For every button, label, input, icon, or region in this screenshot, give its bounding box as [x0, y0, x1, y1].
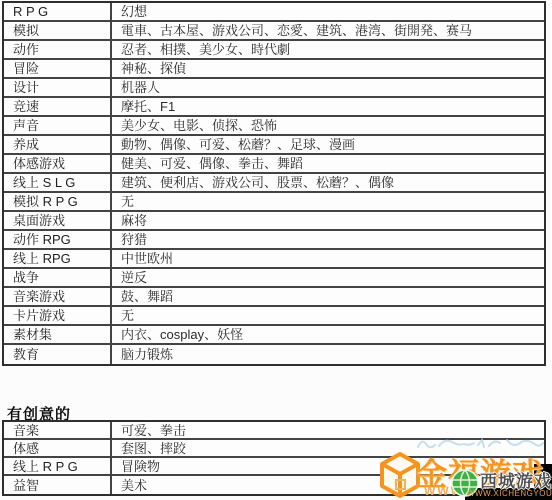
genres-cell: 脑力锻炼	[112, 345, 544, 364]
category-cell: 音楽游戏	[4, 288, 112, 305]
category-cell: 桌面游戏	[4, 212, 112, 229]
brand-secondary-url-text: WWW.XICHENGYOUXI.COM	[467, 489, 552, 498]
table-row: 动作 RPG 狩猎	[4, 231, 544, 250]
table-row: 模拟 電車、古本屋、游戏公司、恋愛、建筑、港湾、街開発、赛马	[4, 22, 544, 41]
category-cell: 动作	[4, 41, 112, 58]
category-cell: 线上 S L G	[4, 174, 112, 191]
genres-cell: 机器人	[112, 79, 544, 96]
table-row: 竞速 摩托、F1	[4, 98, 544, 117]
genres-cell: 无	[112, 307, 544, 324]
category-cell: 战争	[4, 269, 112, 286]
genres-cell: 逆反	[112, 269, 544, 286]
genres-cell: 狩猎	[112, 231, 544, 248]
genres-cell: 動物、偶像、可爱、松蘑？、足球、漫画	[112, 136, 544, 153]
genres-cell: 健美、可爱、偶像、拳击、舞蹈	[112, 155, 544, 172]
table-row: 素材集 内衣、cosplay、妖怪	[4, 326, 544, 345]
table-row: 线上 RPG 中世欧州	[4, 250, 544, 269]
table-row: 教育 脑力锻炼	[4, 345, 544, 364]
table-row: 桌面游戏 麻将	[4, 212, 544, 231]
category-cell: 模拟	[4, 22, 112, 39]
genres-cell: 无	[112, 193, 544, 210]
table-row: 战争 逆反	[4, 269, 544, 288]
table-row: 音楽游戏 鼓、舞蹈	[4, 288, 544, 307]
category-cell: 冒险	[4, 60, 112, 77]
category-cell: 教育	[4, 345, 112, 364]
category-cell: 设计	[4, 79, 112, 96]
category-cell: 体感	[4, 440, 112, 456]
genres-cell: 幻想	[112, 3, 544, 20]
category-cell: 素材集	[4, 326, 112, 343]
category-cell: 声音	[4, 117, 112, 134]
category-cell: 音楽	[4, 422, 112, 438]
genres-cell: 麻将	[112, 212, 544, 229]
table-row: 声音 美少女、电影、侦探、恐怖	[4, 117, 544, 136]
genres-cell: 神秘、探偵	[112, 60, 544, 77]
category-cell: 竞速	[4, 98, 112, 115]
category-cell: 体感游戏	[4, 155, 112, 172]
genres-cell: 中世欧州	[112, 250, 544, 267]
category-cell: 动作 RPG	[4, 231, 112, 248]
table-row: R P G 幻想	[4, 3, 544, 22]
genres-cell: 電車、古本屋、游戏公司、恋愛、建筑、港湾、街開発、赛马	[112, 22, 544, 39]
table-row: 养成 動物、偶像、可爱、松蘑？、足球、漫画	[4, 136, 544, 155]
category-cell: 模拟 R P G	[4, 193, 112, 210]
category-cell: 线上 R P G	[4, 458, 112, 474]
cube-logo-icon	[379, 451, 421, 500]
table-row: 设计 机器人	[4, 79, 544, 98]
category-cell: R P G	[4, 3, 112, 20]
category-cell: 养成	[4, 136, 112, 153]
genres-cell: 忍者、相撲、美少女、時代劇	[112, 41, 544, 58]
category-cell: 线上 RPG	[4, 250, 112, 267]
table-row: 动作 忍者、相撲、美少女、時代劇	[4, 41, 544, 60]
genres-cell: 内衣、cosplay、妖怪	[112, 326, 544, 343]
genres-cell: 摩托、F1	[112, 98, 544, 115]
genre-table: R P G 幻想 模拟 電車、古本屋、游戏公司、恋愛、建筑、港湾、街開発、赛马 …	[2, 1, 546, 366]
table-row: 模拟 R P G 无	[4, 193, 544, 212]
genres-cell: 建筑、便利店、游戏公司、股票、松蘑？、偶像	[112, 174, 544, 191]
category-cell: 卡片游戏	[4, 307, 112, 324]
table-row: 线上 S L G 建筑、便利店、游戏公司、股票、松蘑？、偶像	[4, 174, 544, 193]
genres-cell: 美少女、电影、侦探、恐怖	[112, 117, 544, 134]
table-row: 冒险 神秘、探偵	[4, 60, 544, 79]
table-row: 体感游戏 健美、可爱、偶像、拳击、舞蹈	[4, 155, 544, 174]
page: R P G 幻想 模拟 電車、古本屋、游戏公司、恋愛、建筑、港湾、街開発、赛马 …	[0, 0, 552, 500]
genres-cell: 鼓、舞蹈	[112, 288, 544, 305]
table-row: 卡片游戏 无	[4, 307, 544, 326]
category-cell: 益智	[4, 476, 112, 494]
